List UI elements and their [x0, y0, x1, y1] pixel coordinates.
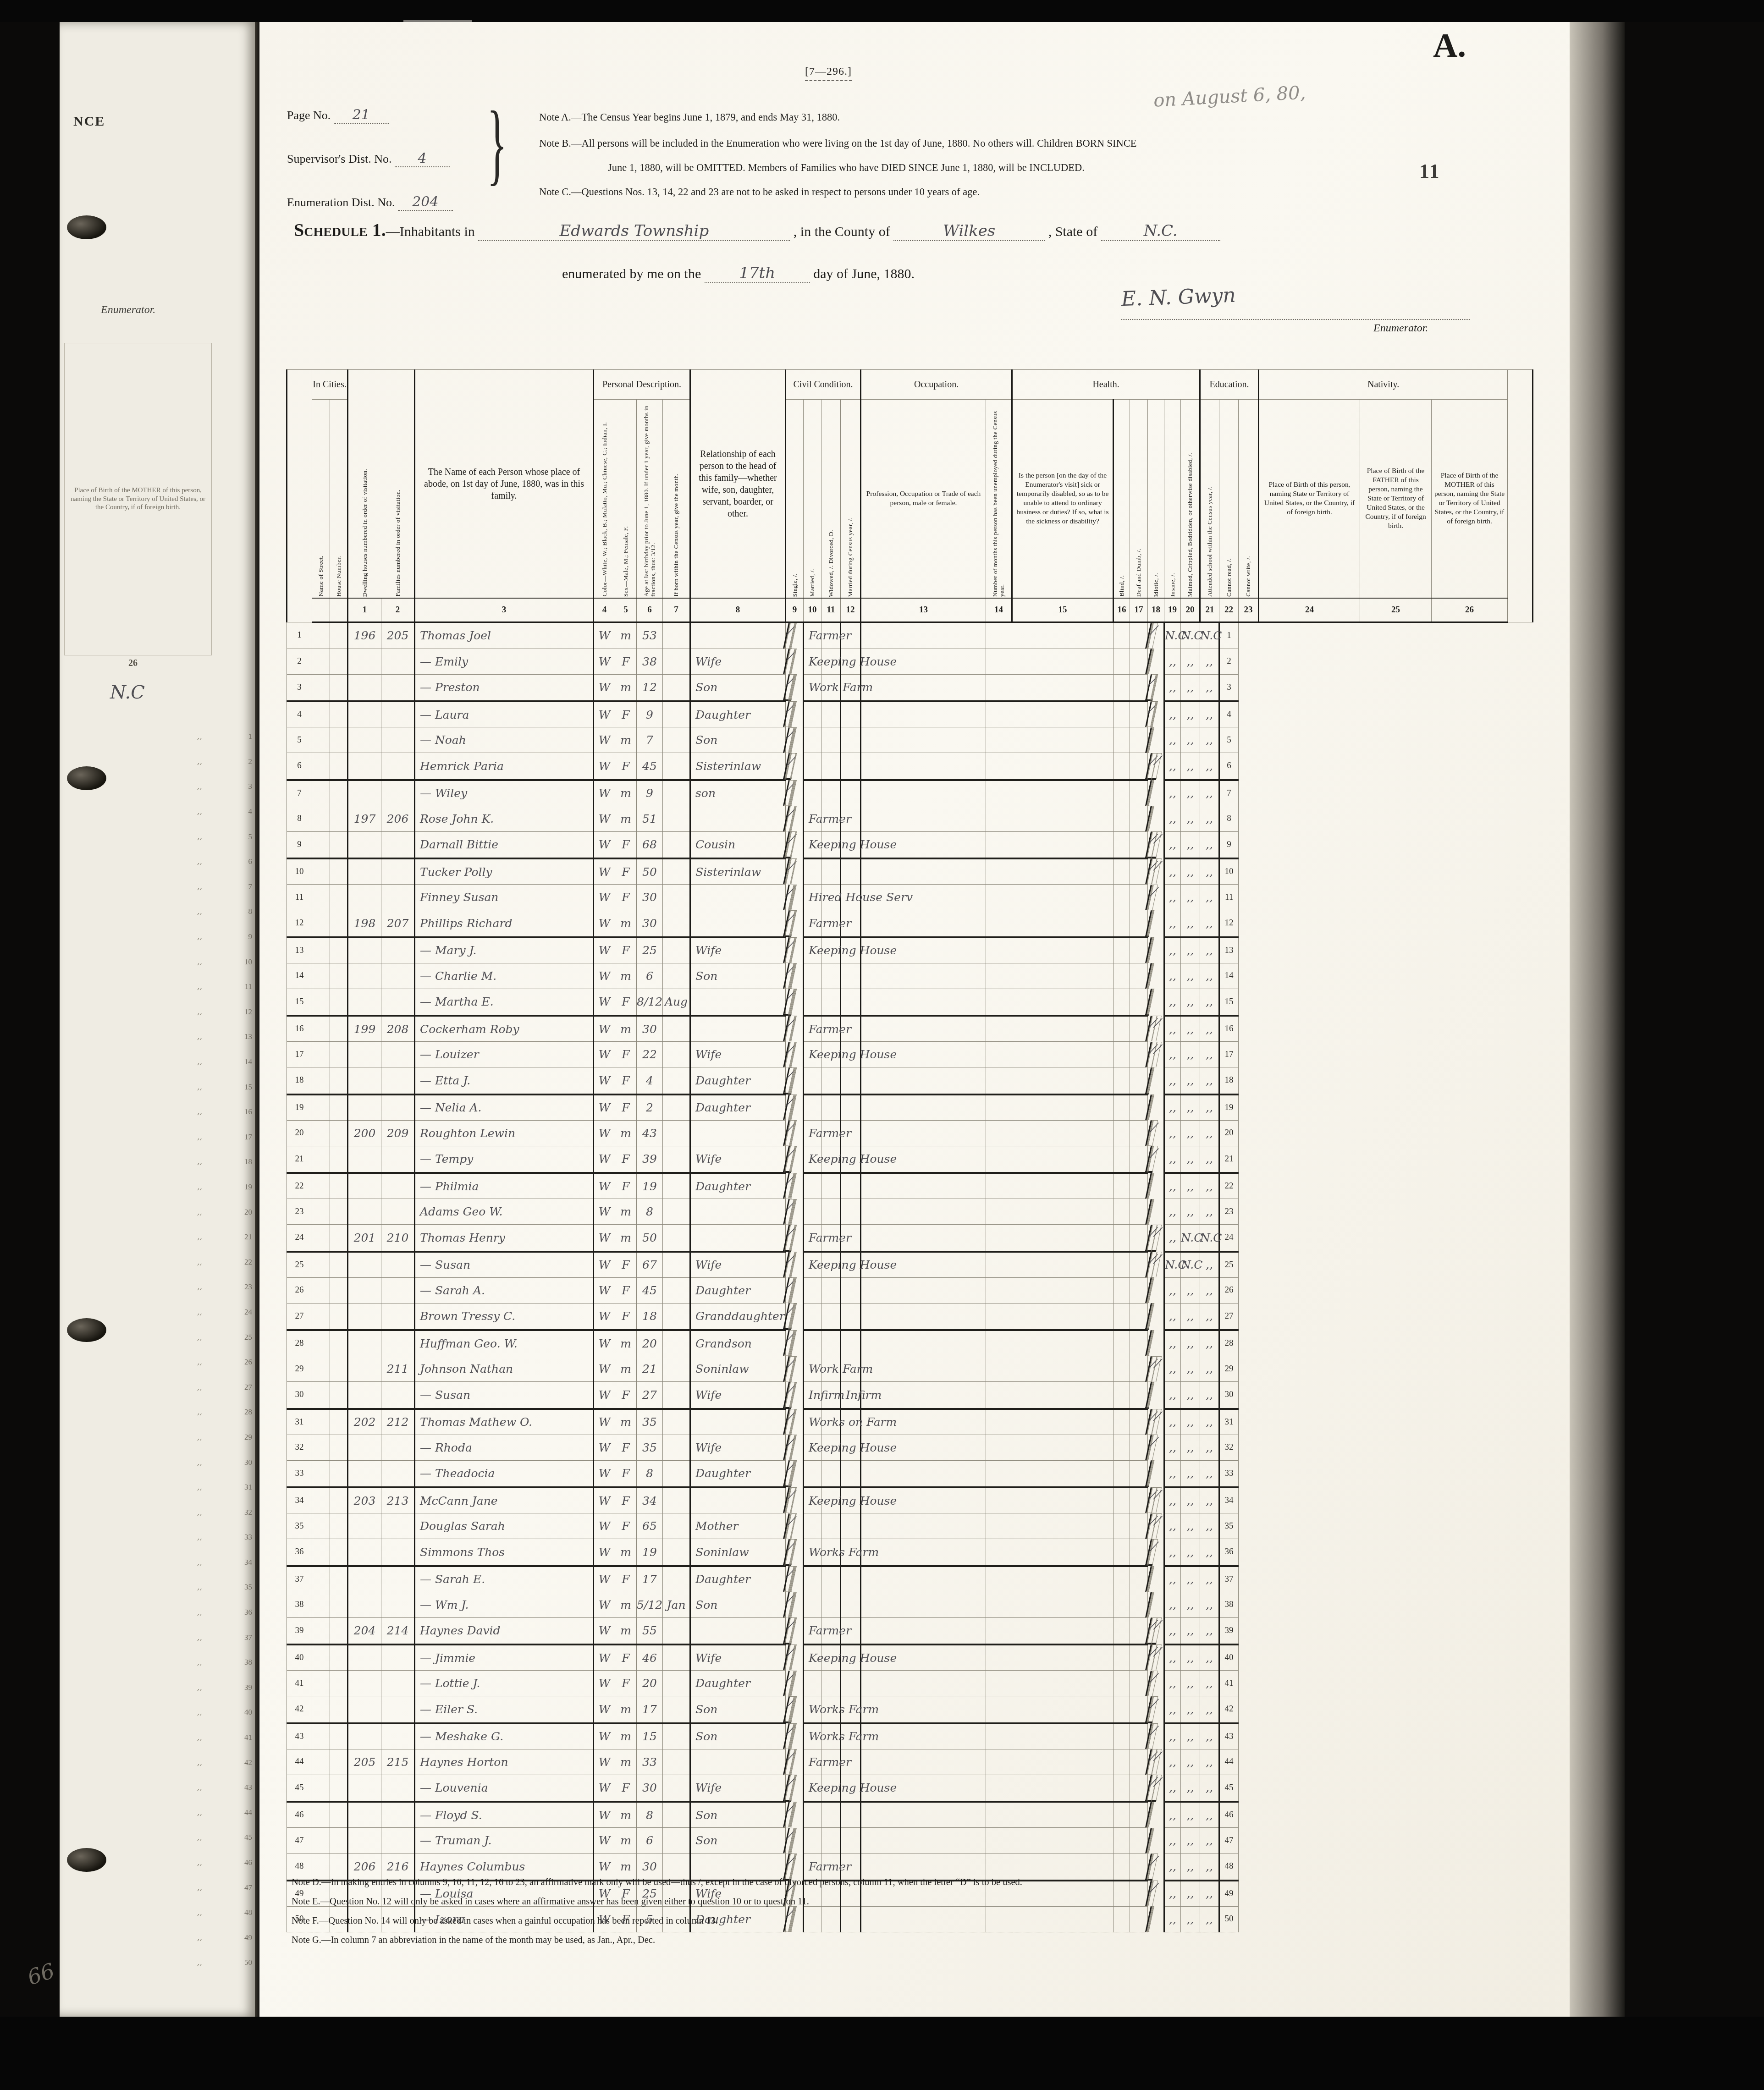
cell	[663, 1094, 690, 1121]
row-number: 25	[287, 1252, 312, 1278]
cell: Wife	[690, 937, 786, 963]
row-number: 6	[1219, 753, 1239, 780]
cell	[841, 1460, 861, 1487]
cell	[663, 1513, 690, 1539]
cell: 30	[637, 1775, 663, 1802]
cell: Work Farm	[804, 674, 821, 701]
row-number: 2	[1219, 649, 1239, 674]
previous-page-edge: NCE Enumerator. Place of Birth of the MO…	[60, 22, 256, 2017]
cell	[1012, 1828, 1114, 1853]
cell: ,,	[1200, 1775, 1219, 1802]
cell	[821, 1802, 841, 1828]
cell: 8	[637, 1199, 663, 1225]
cell	[381, 1696, 415, 1723]
cell: ,,	[1200, 1592, 1219, 1617]
row-number: 14	[1219, 963, 1239, 989]
cell	[1114, 1225, 1130, 1252]
cell: ,,	[1200, 1042, 1219, 1067]
cell	[1114, 1566, 1130, 1592]
row-number: 17	[1219, 1042, 1239, 1067]
cell	[381, 1671, 415, 1696]
cell	[986, 1277, 1012, 1303]
cell	[1012, 1775, 1114, 1802]
col-number-13: 13	[861, 598, 986, 622]
prev-page-row: ,,47	[197, 1875, 252, 1900]
cell: Soninlaw	[690, 1356, 786, 1382]
cell	[312, 1252, 330, 1278]
page-right-edge	[1570, 22, 1625, 2017]
prev-page-row: ,,5	[197, 824, 252, 849]
cell	[861, 1067, 986, 1094]
cell: ,,	[1164, 1382, 1181, 1409]
cell: W	[594, 963, 615, 989]
prev-page-row: ,,21	[197, 1225, 252, 1250]
cell: W	[594, 1749, 615, 1775]
cell: ,,	[1164, 1409, 1181, 1435]
col-number-5: 5	[615, 598, 637, 622]
cell	[986, 1828, 1012, 1853]
cell	[1114, 1671, 1130, 1696]
cell: W	[594, 1277, 615, 1303]
cell	[381, 858, 415, 885]
cell: 17	[637, 1696, 663, 1723]
cell	[330, 1828, 348, 1853]
cell: m	[615, 1225, 637, 1252]
cell	[330, 1539, 348, 1566]
row-number: 28	[1219, 1330, 1239, 1356]
col-number-4: 4	[594, 598, 615, 622]
row-number: 38	[1219, 1592, 1239, 1617]
prev-page-row: ,,13	[197, 1024, 252, 1050]
col-number-blank	[312, 598, 330, 622]
cell: — Noah	[415, 727, 594, 753]
cell: 213	[381, 1487, 415, 1513]
cell: Douglas Sarah	[415, 1513, 594, 1539]
cell	[330, 1749, 348, 1775]
col12-header: Married during Census year, /.	[841, 400, 861, 599]
cell: W	[594, 1723, 615, 1749]
cell	[986, 1146, 1012, 1173]
cell: F	[615, 1094, 637, 1121]
cell	[804, 1828, 821, 1853]
enum-line-suffix: day of June, 1880.	[813, 266, 915, 281]
cell: Farmer	[804, 1749, 821, 1775]
cell: ,,	[1164, 1016, 1181, 1042]
cell	[821, 1067, 841, 1094]
cell	[690, 1487, 786, 1513]
cell: F	[615, 1644, 637, 1671]
cell	[381, 1802, 415, 1828]
cell: Farmer	[804, 622, 821, 649]
cell	[804, 701, 821, 727]
table-row: 42— Eiler S.Wm17Son/Works Farm/,,,,,,42	[287, 1696, 1533, 1723]
cell	[1012, 1696, 1114, 1723]
cell	[330, 727, 348, 753]
cell: W	[594, 1513, 615, 1539]
group-nativity: Nativity.	[1259, 370, 1508, 400]
cell	[381, 753, 415, 780]
cell: ,,	[1164, 1356, 1181, 1382]
row-number: 32	[287, 1435, 312, 1460]
cell	[312, 780, 330, 806]
cell	[1012, 1906, 1114, 1932]
cell	[330, 1671, 348, 1696]
cell: W	[594, 1802, 615, 1828]
cell	[841, 1277, 861, 1303]
row-number: 48	[1219, 1853, 1239, 1881]
table-row: 25— SusanWF67Wife/Keeping House//N.CN.C,…	[287, 1252, 1533, 1278]
cell: 19	[637, 1173, 663, 1199]
cell: Keeping House	[804, 1252, 821, 1278]
cell	[986, 1120, 1012, 1146]
cell	[348, 1671, 381, 1696]
cell: Jan	[663, 1592, 690, 1617]
cell: ,,	[1200, 1723, 1219, 1749]
cell	[330, 1094, 348, 1121]
cell	[861, 1539, 986, 1566]
cell: — Louizer	[415, 1042, 594, 1067]
cell: 18	[637, 1303, 663, 1330]
row-number: 18	[1219, 1067, 1239, 1094]
col11-header: Widowed, /. Divorced, D.	[821, 400, 841, 599]
cell: — Emily	[415, 649, 594, 674]
row-number: 8	[287, 806, 312, 831]
cell: ,,	[1181, 727, 1200, 753]
cell	[1012, 1881, 1114, 1907]
row-number: 22	[287, 1173, 312, 1199]
col14-header: Number of months this person has been un…	[986, 400, 1012, 599]
cell: — Rhoda	[415, 1435, 594, 1460]
faint-date-note: on August 6, 80,	[1153, 82, 1306, 111]
cell	[663, 1696, 690, 1723]
cell	[821, 753, 841, 780]
cell	[861, 780, 986, 806]
row-number: 19	[287, 1094, 312, 1121]
cell	[1130, 1828, 1148, 1853]
cell: Daughter	[690, 1277, 786, 1303]
prev-page-row: ,,35	[197, 1575, 252, 1600]
cell	[1130, 1644, 1148, 1671]
col-number-19: 19	[1164, 598, 1181, 622]
cell: F	[615, 831, 637, 858]
cell: Rose John K.	[415, 806, 594, 831]
cell	[1114, 1592, 1130, 1617]
cell: 35	[637, 1435, 663, 1460]
cell	[312, 1775, 330, 1802]
cell: W	[594, 885, 615, 910]
cell: ,,	[1181, 1409, 1200, 1435]
cell: Son	[690, 727, 786, 753]
cell	[690, 806, 786, 831]
col-number-3: 3	[415, 598, 594, 622]
cell	[841, 1330, 861, 1356]
col15-header: Is the person [on the day of the Enumera…	[1012, 400, 1114, 599]
row-number: 24	[287, 1225, 312, 1252]
row-number: 20	[287, 1120, 312, 1146]
col18-header: Idiotic, /.	[1148, 400, 1164, 599]
cell: ,,	[1181, 858, 1200, 885]
cell: Keeping House	[804, 1146, 821, 1173]
cell	[1130, 1513, 1148, 1539]
cell	[312, 1199, 330, 1225]
cell	[381, 701, 415, 727]
street-header: Name of Street.	[312, 400, 330, 599]
cell: Finney Susan	[415, 885, 594, 910]
table-row: 16199208Cockerham RobyWm30/Farmer//,,,,,…	[287, 1016, 1533, 1042]
cell: ,,	[1164, 649, 1181, 674]
table-row: 13— Mary J.WF25Wife/Keeping House,,,,,,1…	[287, 937, 1533, 963]
cell: ,,	[1181, 674, 1200, 701]
cell	[861, 910, 986, 937]
cell: 39	[637, 1146, 663, 1173]
cell: ,,	[1181, 1539, 1200, 1566]
cell	[348, 885, 381, 910]
row-number: 21	[1219, 1146, 1239, 1173]
cell: Wife	[690, 649, 786, 674]
cell	[1130, 1094, 1148, 1121]
cell	[312, 1303, 330, 1330]
cell: ,,	[1181, 649, 1200, 674]
cell	[1130, 1173, 1148, 1199]
cell	[663, 1749, 690, 1775]
cell: ,,	[1164, 1617, 1181, 1644]
cell	[330, 1592, 348, 1617]
row-number: 11	[1219, 885, 1239, 910]
cell	[841, 1513, 861, 1539]
cell: Keeping House	[804, 831, 821, 858]
prev-page-row: ,,38	[197, 1650, 252, 1675]
cell	[312, 1644, 330, 1671]
cell: Soninlaw	[690, 1539, 786, 1566]
table-row: 46— Floyd S.Wm8Son/,,,,,,46	[287, 1802, 1533, 1828]
cell	[330, 622, 348, 649]
cell	[1012, 1382, 1114, 1409]
cell	[986, 1539, 1012, 1566]
cell: ,,	[1164, 1723, 1181, 1749]
cell: Keeping House	[804, 1487, 821, 1513]
cell	[312, 1487, 330, 1513]
cell	[1114, 727, 1130, 753]
cell: Son	[690, 1723, 786, 1749]
cell	[861, 622, 986, 649]
cell: m	[615, 1696, 637, 1723]
cell	[821, 1513, 841, 1539]
cell	[1012, 1566, 1114, 1592]
cell	[690, 1409, 786, 1435]
cell: W	[594, 674, 615, 701]
cell: ,,	[1181, 1749, 1200, 1775]
cell: ,,	[1200, 727, 1219, 753]
cell	[1130, 1225, 1148, 1252]
cell	[1130, 1435, 1148, 1460]
census-table: In Cities. Dwelling houses numbered in o…	[286, 369, 1533, 1932]
col-number-1: 1	[348, 598, 381, 622]
cell: ,,	[1181, 1775, 1200, 1802]
cell: ,,	[1181, 885, 1200, 910]
cell: W	[594, 1460, 615, 1487]
cell	[348, 780, 381, 806]
prev-page-row: ,,24	[197, 1300, 252, 1325]
cell: ,,	[1181, 1199, 1200, 1225]
cell: — Theadocia	[415, 1460, 594, 1487]
row-number: 4	[1219, 701, 1239, 727]
cell	[986, 1775, 1012, 1802]
cell: m	[615, 1409, 637, 1435]
table-row: 19— Nelia A.WF2Daughter/,,,,,,19	[287, 1094, 1533, 1121]
cell	[861, 1277, 986, 1303]
cell	[1114, 1696, 1130, 1723]
cell: son	[690, 780, 786, 806]
cell: 6	[637, 963, 663, 989]
cell	[841, 1566, 861, 1592]
cell: W	[594, 937, 615, 963]
cell: ,,	[1200, 1356, 1219, 1382]
cell	[663, 1853, 690, 1881]
cell: Works Farm	[804, 1696, 821, 1723]
cell	[1012, 1617, 1114, 1644]
cell	[1114, 1775, 1130, 1802]
cell: N.C	[1181, 1252, 1200, 1278]
cell: 8	[637, 1802, 663, 1828]
cell	[804, 1802, 821, 1828]
cell: ,,	[1181, 1460, 1200, 1487]
cell	[1012, 1277, 1114, 1303]
col13-header: Profession, Occupation or Trade of each …	[861, 400, 986, 599]
cell: ,,	[1200, 1382, 1219, 1409]
prev-page-row: ,,26	[197, 1350, 252, 1375]
row-number: 3	[287, 674, 312, 701]
cell: ,,	[1200, 1330, 1219, 1356]
cell: W	[594, 1173, 615, 1199]
cell	[804, 1592, 821, 1617]
cell: 201	[348, 1225, 381, 1252]
cell: 196	[348, 622, 381, 649]
cell: ,,	[1164, 885, 1181, 910]
cell	[330, 1723, 348, 1749]
row-number: 42	[287, 1696, 312, 1723]
cell: 5/12	[637, 1592, 663, 1617]
cell	[1130, 1042, 1148, 1067]
col16-header: Blind, /.	[1114, 400, 1130, 599]
cell	[330, 780, 348, 806]
cell: ,,	[1181, 1067, 1200, 1094]
row-number: 42	[1219, 1696, 1239, 1723]
cell	[690, 1225, 786, 1252]
cell	[804, 1067, 821, 1094]
cell	[663, 1042, 690, 1067]
cell	[1130, 963, 1148, 989]
table-row: 31202212Thomas Mathew O.Wm35/Works on Fa…	[287, 1409, 1533, 1435]
county-label: , in the County of	[794, 224, 890, 239]
cell: F	[615, 1277, 637, 1303]
cell: F	[615, 1146, 637, 1173]
cell	[1012, 1749, 1114, 1775]
cell: ,,	[1181, 1356, 1200, 1382]
cell: — Wiley	[415, 780, 594, 806]
cell: Works Farm	[804, 1723, 821, 1749]
row-number: 43	[1219, 1723, 1239, 1749]
cell	[330, 806, 348, 831]
cell	[804, 1094, 821, 1121]
cell	[381, 1094, 415, 1121]
row-number: 15	[287, 989, 312, 1016]
cell	[821, 1330, 841, 1356]
cell	[1130, 937, 1148, 963]
cell	[348, 1042, 381, 1067]
scan-top-border	[0, 0, 1764, 22]
page-no-line: Page No. 21	[287, 107, 389, 124]
page-no-value: 21	[334, 107, 389, 124]
col-number-23: 23	[1239, 598, 1259, 622]
cell: ,,	[1164, 1199, 1181, 1225]
cell	[348, 1513, 381, 1539]
cell	[330, 1853, 348, 1881]
row-number: 13	[287, 937, 312, 963]
row-number: 15	[1219, 989, 1239, 1016]
cell: Son	[690, 1592, 786, 1617]
cell	[381, 674, 415, 701]
cell	[348, 1382, 381, 1409]
cell	[986, 1199, 1012, 1225]
prev-page-row: ,,16	[197, 1100, 252, 1125]
cell	[690, 989, 786, 1016]
col17-header: Deaf and Dumb, /.	[1130, 400, 1148, 599]
schedule-line: Schedule 1.—Inhabitants in Edwards Towns…	[294, 219, 1220, 241]
census-table-header: In Cities. Dwelling houses numbered in o…	[287, 370, 1533, 622]
cell: ,,	[1164, 1566, 1181, 1592]
cell	[1114, 806, 1130, 831]
cell: 68	[637, 831, 663, 858]
cell	[986, 1094, 1012, 1121]
cell	[1114, 1277, 1130, 1303]
cell	[663, 806, 690, 831]
cell: W	[594, 727, 615, 753]
cell	[1114, 622, 1130, 649]
col-number-15: 15	[1012, 598, 1114, 622]
cell	[821, 1566, 841, 1592]
row-number: 12	[1219, 910, 1239, 937]
cell	[348, 1696, 381, 1723]
prev-page-row: ,,2	[197, 749, 252, 775]
col20-header: Maimed, Crippled, Bedridden, or otherwis…	[1181, 400, 1200, 599]
cell	[1114, 753, 1130, 780]
cell: F	[615, 1303, 637, 1330]
row-number: 23	[287, 1199, 312, 1225]
cell	[804, 963, 821, 989]
table-row: 29211Johnson NathanWm21Soninlaw/Work Far…	[287, 1356, 1533, 1382]
cell: W	[594, 780, 615, 806]
corner-scribble: 66	[24, 1958, 57, 1990]
cell	[330, 963, 348, 989]
supervisor-value: 4	[395, 150, 450, 167]
cell	[1012, 622, 1114, 649]
state-label: , State of	[1048, 224, 1097, 239]
prev-page-row: ,,20	[197, 1199, 252, 1225]
col8-header: Relationship of each person to the head …	[690, 370, 786, 599]
cell: m	[615, 910, 637, 937]
cell	[330, 1775, 348, 1802]
cell: Daughter	[690, 1067, 786, 1094]
place-value: Edwards Township	[478, 222, 790, 241]
cell: ,,	[1164, 1906, 1181, 1932]
binder-post	[67, 1318, 106, 1342]
cell: m	[615, 1016, 637, 1042]
cell: — Sarah E.	[415, 1566, 594, 1592]
cell	[841, 1671, 861, 1696]
cell: 50	[637, 1225, 663, 1252]
cell	[663, 727, 690, 753]
cell	[1130, 806, 1148, 831]
